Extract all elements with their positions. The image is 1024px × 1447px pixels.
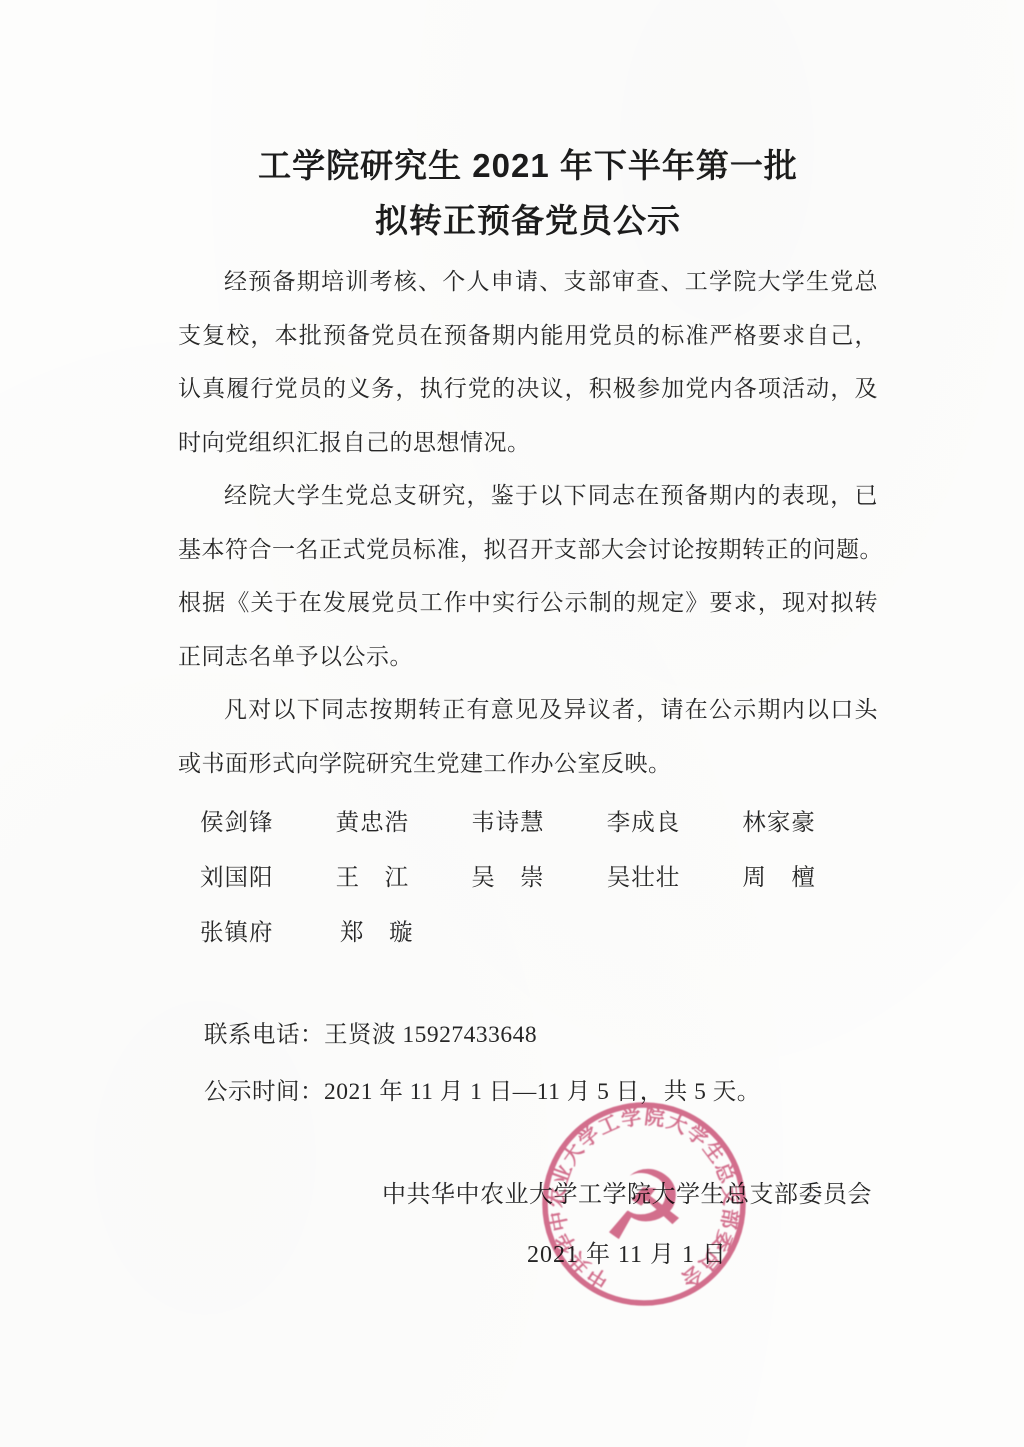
paragraph-line: 时向党组织汇报自己的思想情况。 [178, 416, 878, 470]
candidate-name: 周 檀 [742, 851, 878, 906]
document-body: 工学院研究生 2021 年下半年第一批 拟转正预备党员公示 经预备期培训考核、个… [178, 138, 878, 1285]
paragraph-line: 基本符合一名正式党员标准，拟召开支部大会讨论按期转正的问题。 [178, 523, 878, 577]
paragraph-line: 支复校，本批预备党员在预备期内能用党员的标准严格要求自己， [178, 309, 878, 363]
document-title: 工学院研究生 2021 年下半年第一批 拟转正预备党员公示 [178, 138, 878, 248]
candidate-name-list: 侯剑锋 黄忠浩 韦诗慧 李成良 林家豪 刘国阳 王 江 吴 崇 吴壮壮 周 檀 … [178, 796, 878, 961]
name-row-1: 侯剑锋 黄忠浩 韦诗慧 李成良 林家豪 [200, 796, 878, 851]
candidate-name: 吴 崇 [471, 851, 607, 906]
paragraph-line: 经院大学生党总支研究，鉴于以下同志在预备期内的表现，已 [178, 469, 878, 523]
paragraph-line: 经预备期培训考核、个人申请、支部审查、工学院大学生党总 [178, 255, 878, 309]
candidate-name: 郑 璇 [340, 906, 480, 961]
name-row-2: 刘国阳 王 江 吴 崇 吴壮壮 周 檀 [200, 851, 878, 906]
title-line-1: 工学院研究生 2021 年下半年第一批 [178, 138, 878, 193]
hammer-and-sickle-icon: ☭ [601, 1150, 687, 1262]
candidate-name: 李成良 [607, 796, 743, 851]
candidate-name: 王 江 [336, 851, 472, 906]
candidate-name: 侯剑锋 [200, 796, 336, 851]
candidate-name: 刘国阳 [200, 851, 336, 906]
paragraph-line: 凡对以下同志按期转正有意见及异议者，请在公示期内以口头 [178, 683, 878, 737]
scanned-document-page: 工学院研究生 2021 年下半年第一批 拟转正预备党员公示 经预备期培训考核、个… [0, 0, 1024, 1447]
paragraph-3: 凡对以下同志按期转正有意见及异议者，请在公示期内以口头 或书面形式向学院研究生党… [178, 683, 878, 790]
candidate-name: 黄忠浩 [336, 796, 472, 851]
paragraph-1: 经预备期培训考核、个人申请、支部审查、工学院大学生党总 支复校，本批预备党员在预… [178, 255, 878, 469]
paragraph-line: 认真履行党员的义务，执行党的决议，积极参加党内各项活动，及 [178, 362, 878, 416]
official-seal-stamp: 中共华中农业大学工学院大学生总支部委员会 ☭ [534, 1094, 754, 1314]
contact-info: 联系电话：王贤波 15927433648 公示时间：2021 年 11 月 1 … [178, 1007, 878, 1121]
contact-phone-line: 联系电话：王贤波 15927433648 [204, 1007, 878, 1064]
paragraph-line: 根据《关于在发展党员工作中实行公示制的规定》要求，现对拟转 [178, 576, 878, 630]
candidate-name: 张镇府 [200, 906, 340, 961]
paragraph-2: 经院大学生党总支研究，鉴于以下同志在预备期内的表现，已 基本符合一名正式党员标准… [178, 469, 878, 683]
paragraph-line: 或书面形式向学院研究生党建工作办公室反映。 [178, 737, 878, 791]
candidate-name: 吴壮壮 [607, 851, 743, 906]
paragraph-line: 正同志名单予以公示。 [178, 630, 878, 684]
candidate-name: 林家豪 [742, 796, 878, 851]
name-row-3: 张镇府 郑 璇 [200, 906, 878, 961]
candidate-name: 韦诗慧 [471, 796, 607, 851]
title-line-2: 拟转正预备党员公示 [178, 193, 878, 248]
